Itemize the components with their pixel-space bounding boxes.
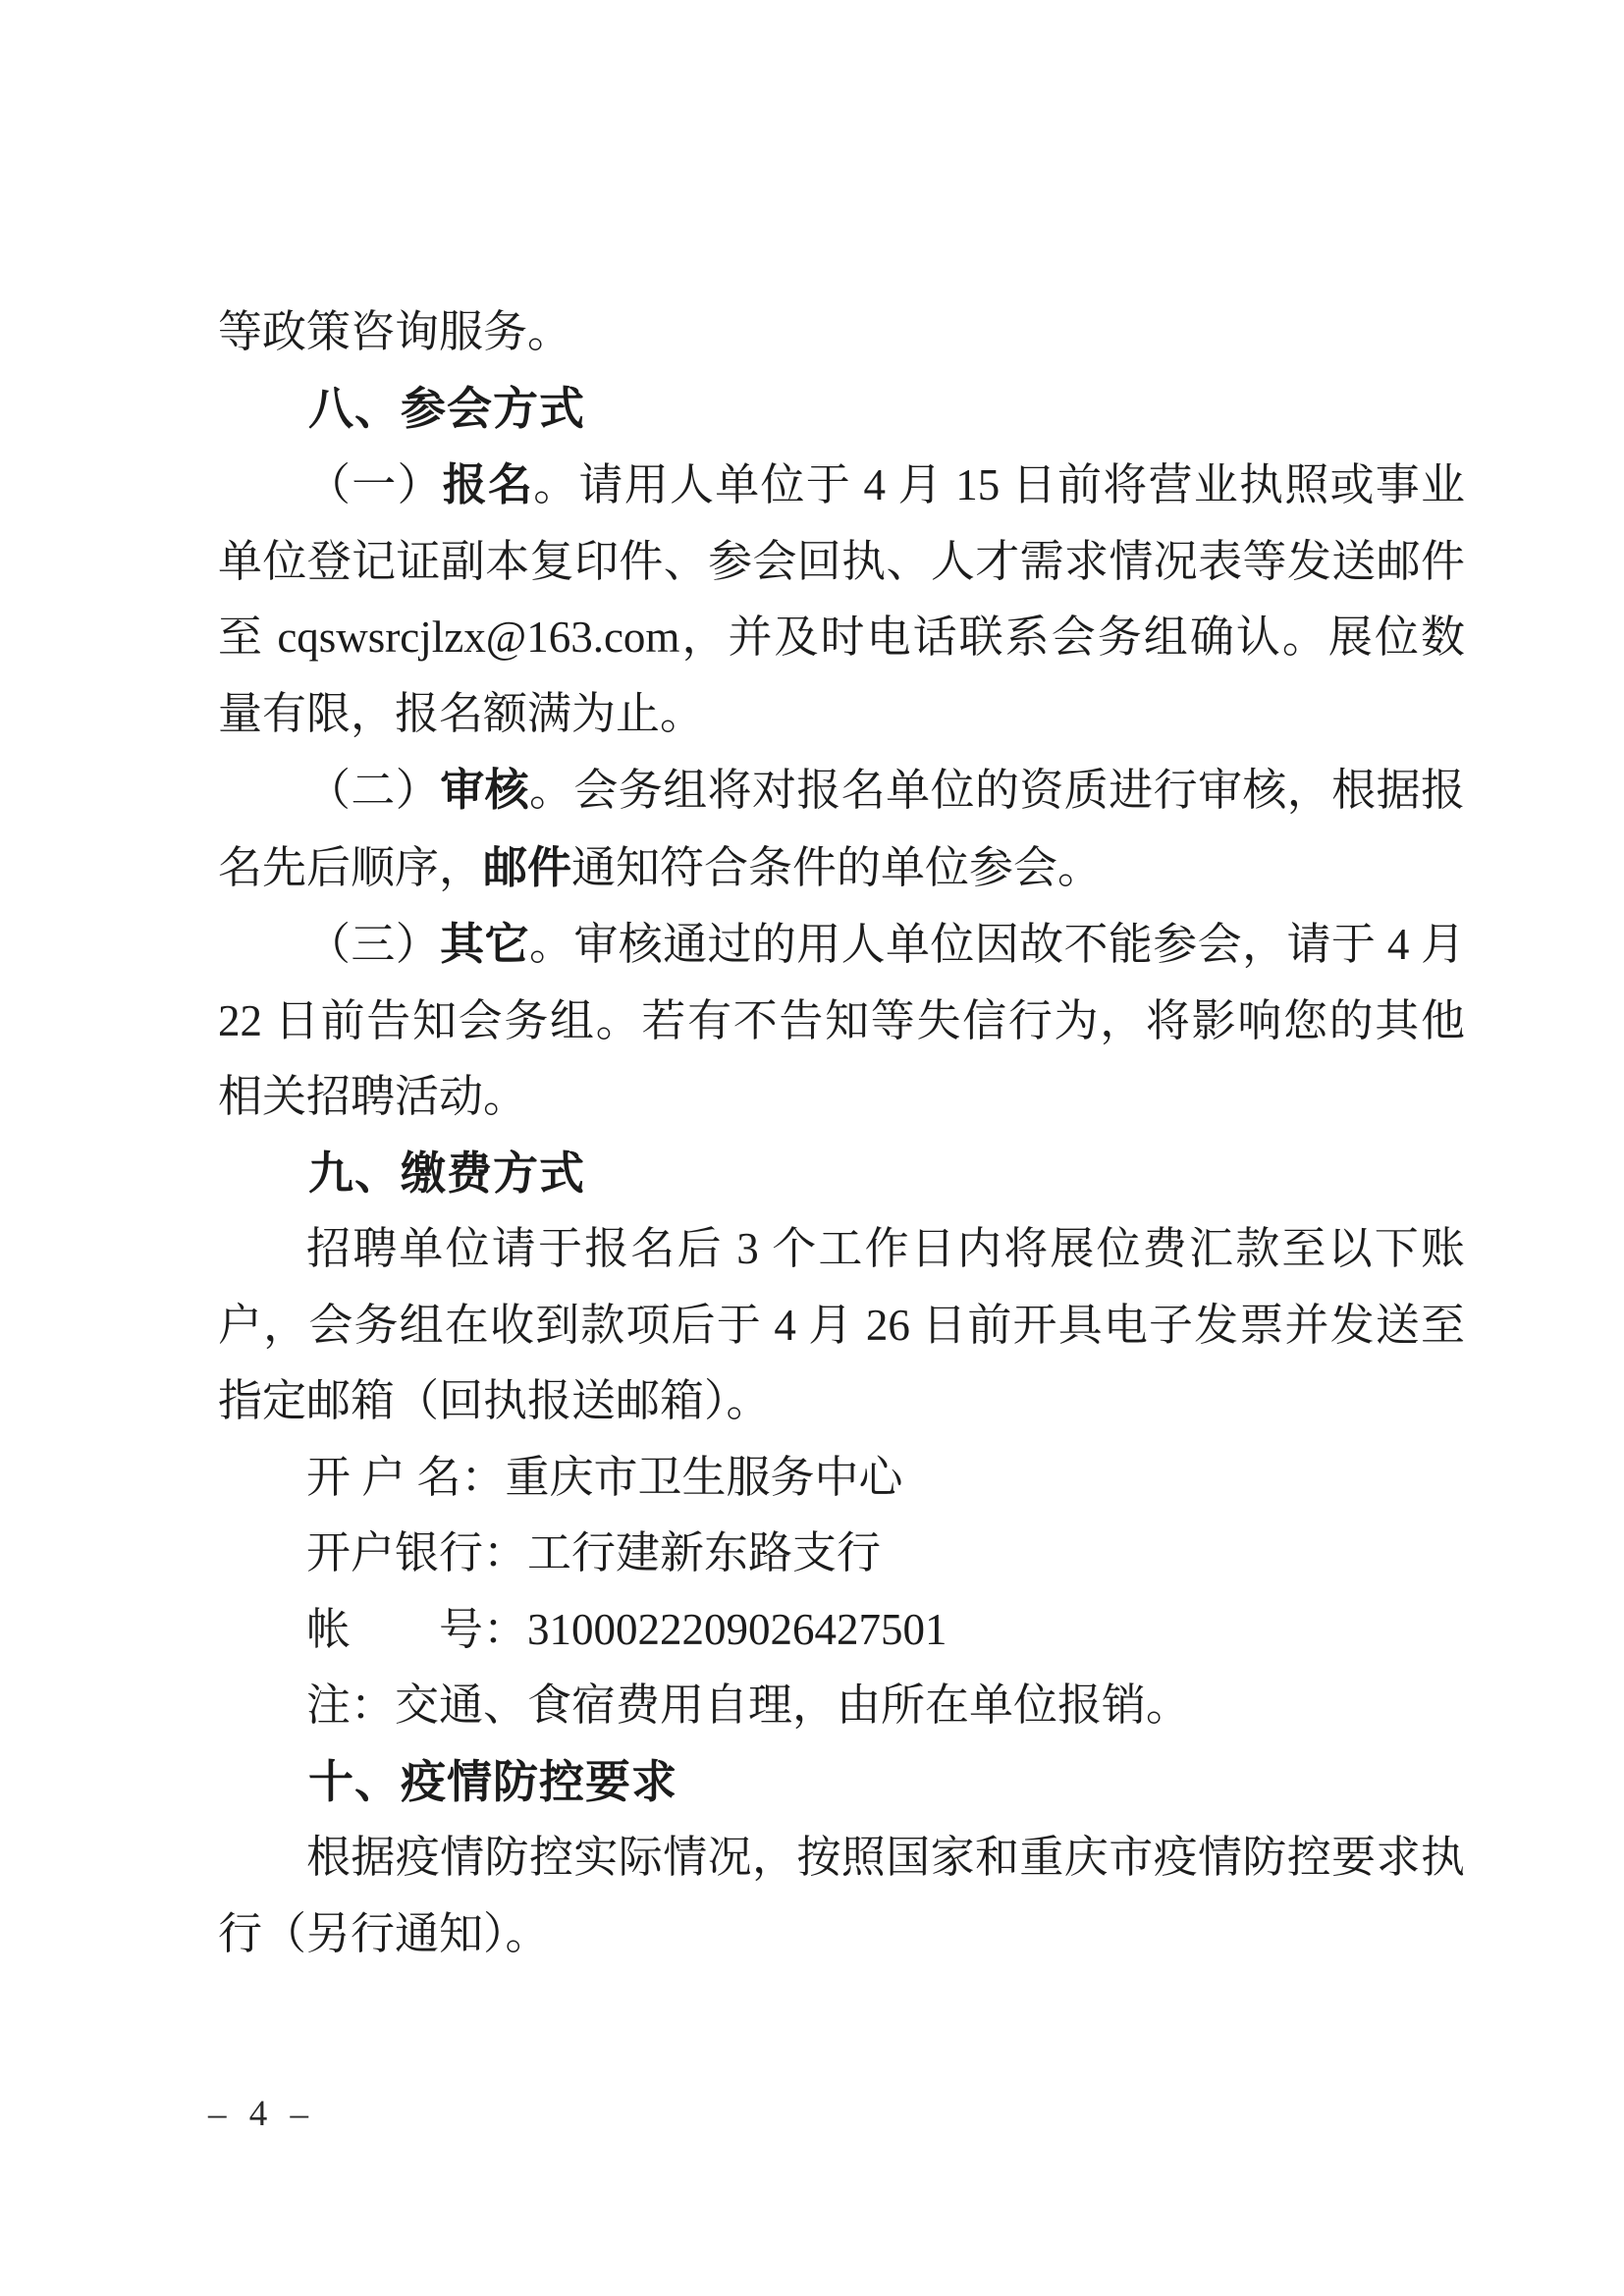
text-segment: 招聘单位请于报名后 3 个工作日内将展位费汇款至以下账户，会务组在收到款项后于 … <box>218 1224 1465 1425</box>
text-segment: 等政策咨询服务。 <box>218 307 571 356</box>
text-segment: 其它 <box>440 919 529 969</box>
text-segment: 十、疫情防控要求 <box>308 1756 677 1807</box>
text-segment: 帐 号：3100022209026427501 <box>306 1605 947 1654</box>
document-content: 等政策咨询服务。八、参会方式（一）报名。请用人单位于 4 月 15 日前将营业执… <box>218 294 1465 1972</box>
text-segment: 通知符合条件的单位参会。 <box>571 843 1102 892</box>
paragraph: （一）报名。请用人单位于 4 月 15 日前将营业执照或事业单位登记证副本复印件… <box>218 447 1465 752</box>
paragraph: 招聘单位请于报名后 3 个工作日内将展位费汇款至以下账户，会务组在收到款项后于 … <box>218 1211 1465 1440</box>
paragraph: （二）审核。会务组将对报名单位的资质进行审核，根据报名先后顺序，邮件通知符合条件… <box>218 752 1465 906</box>
text-segment: 报名 <box>443 459 534 509</box>
text-segment: 邮件 <box>483 842 571 892</box>
text-segment: 注：交通、食宿费用自理，由所在单位报销。 <box>306 1681 1190 1730</box>
text-segment: 审核 <box>440 765 529 815</box>
section-heading: 十、疫情防控要求 <box>218 1744 1465 1821</box>
text-segment: （一） <box>306 460 443 509</box>
paragraph: 开户银行：工行建新东路支行 <box>218 1516 1465 1592</box>
paragraph: 注：交通、食宿费用自理，由所在单位报销。 <box>218 1668 1465 1744</box>
text-segment: 开户银行：工行建新东路支行 <box>306 1528 881 1577</box>
text-segment: （三） <box>306 920 440 969</box>
section-heading: 八、参会方式 <box>218 371 1465 448</box>
text-segment: 八、参会方式 <box>308 383 585 434</box>
text-segment: 根据疫情防控实际情况，按照国家和重庆市疫情防控要求执行（另行通知）。 <box>218 1833 1465 1958</box>
paragraph: （三）其它。审核通过的用人单位因故不能参会，请于 4 月 22 日前告知会务组。… <box>218 906 1465 1136</box>
section-heading: 九、缴费方式 <box>218 1136 1465 1212</box>
paragraph: 根据疫情防控实际情况，按照国家和重庆市疫情防控要求执行（另行通知）。 <box>218 1820 1465 1972</box>
text-segment: 开 户 名：重庆市卫生服务中心 <box>306 1453 903 1502</box>
paragraph: 帐 号：3100022209026427501 <box>218 1592 1465 1669</box>
document-page: 等政策咨询服务。八、参会方式（一）报名。请用人单位于 4 月 15 日前将营业执… <box>0 0 1624 2296</box>
page-number: – 4 – <box>208 2091 315 2138</box>
text-segment: 九、缴费方式 <box>308 1148 585 1199</box>
paragraph: 等政策咨询服务。 <box>218 294 1465 371</box>
paragraph: 开 户 名：重庆市卫生服务中心 <box>218 1440 1465 1517</box>
text-segment: （二） <box>306 766 440 815</box>
